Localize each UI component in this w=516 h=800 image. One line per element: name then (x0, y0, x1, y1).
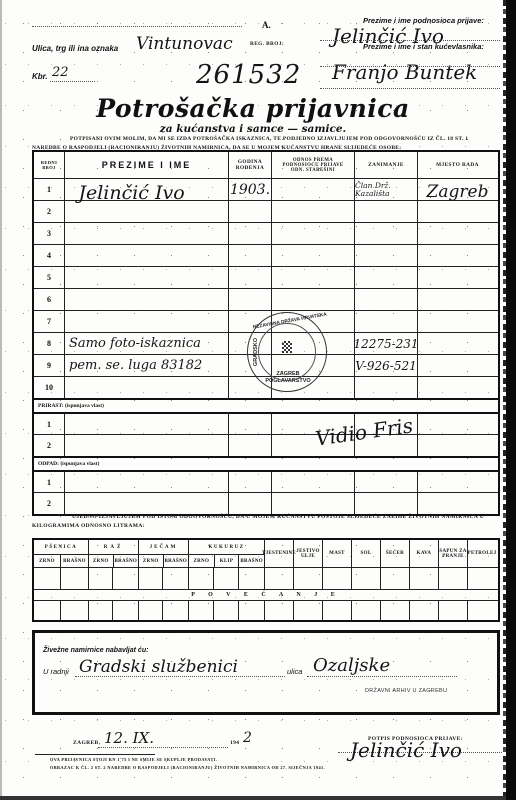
ulica-shop-line (307, 676, 457, 677)
row-number: 6 (34, 289, 64, 310)
occupation-cell[interactable] (354, 472, 417, 492)
group-label: KUKURUZ (189, 540, 264, 554)
archive-stamp: DRŽAVNI ARHIV U ZAGREBU (365, 688, 447, 694)
stock-input[interactable] (112, 601, 138, 620)
footer-divider (35, 754, 155, 755)
name-cell[interactable]: Jelinčić Ivo (64, 179, 228, 200)
stock-intro-line-2: KILOGRAMIMA ODNOSNO LITRAMA: (32, 522, 502, 531)
relation-cell[interactable] (271, 179, 354, 200)
stock-input[interactable] (351, 601, 380, 620)
relation-cell[interactable] (271, 223, 354, 244)
form-letter: A. (262, 20, 271, 30)
intro-line-1: POTPISANI OVIM MOLIM, DA MI SE IZDA POTR… (32, 135, 502, 144)
occupation-cell[interactable] (354, 223, 417, 244)
shop-label: Živežne namirnice nabavljat ću: (43, 647, 148, 654)
table-row: 4 (34, 244, 498, 266)
year-value: 1903. (230, 182, 270, 198)
header-odnos: ODNOS PREMA PODNOSIOCU PRIJAVE ODN. STAR… (271, 152, 354, 178)
table-row: 3 (34, 222, 498, 244)
workplace-cell[interactable] (417, 223, 497, 244)
scan-bottom-edge (0, 796, 506, 800)
ulica-shop-value[interactable]: Ozaljske (313, 655, 390, 676)
row-number: 3 (34, 223, 64, 244)
name-cell[interactable] (64, 311, 228, 332)
table-row: 5 (34, 266, 498, 288)
workplace-cell[interactable] (417, 289, 497, 310)
year-cell[interactable] (228, 472, 271, 492)
group-psenica: PŠENICA ZRNOBRAŠNO (34, 540, 88, 567)
stock-input[interactable] (322, 568, 351, 589)
stock-input[interactable] (264, 568, 293, 589)
header-godina-rodenja: GODINA ROĐENJA (228, 152, 271, 178)
workplace-cell[interactable]: Zagreb (417, 179, 497, 200)
document-page: A. REG. BROJ: Ulica, trg ili ina oznaka … (0, 0, 506, 800)
name-cell[interactable] (64, 493, 228, 514)
header-prezime-ime: PREZIME I IME (64, 152, 228, 178)
name-cell[interactable] (64, 223, 228, 244)
reg-broj-label: REG. BROJ: (250, 41, 284, 47)
stock-input[interactable] (409, 568, 438, 589)
radnji-label: U radnji (43, 667, 69, 676)
table-header-row: REDNI BROJ PREZIME I IME GODINA ROĐENJA … (34, 152, 498, 178)
year-cell[interactable] (228, 223, 271, 244)
year-cell[interactable] (228, 435, 271, 456)
relation-cell[interactable] (271, 245, 354, 266)
stock-input[interactable] (380, 568, 409, 589)
header-sapun: SAPUN ZA PRANJE (438, 540, 467, 567)
applicant-line (320, 40, 500, 41)
group-label: RAŽ (89, 540, 138, 554)
name-cell[interactable] (64, 414, 228, 434)
occupation-cell[interactable] (354, 311, 417, 332)
year-cell[interactable] (228, 493, 271, 514)
odpad-section-header: ODPAD: (ispunjava vlast) (34, 456, 498, 470)
stock-input[interactable] (409, 601, 438, 620)
odpad-row: 1 (34, 470, 498, 492)
sub-label: ZRNO (189, 555, 214, 567)
stock-input[interactable] (438, 601, 467, 620)
stock-input[interactable] (112, 568, 138, 589)
relation-cell[interactable] (271, 267, 354, 288)
workplace-cell[interactable] (417, 311, 497, 332)
stock-input[interactable] (293, 568, 322, 589)
name-cell[interactable] (64, 435, 228, 456)
sub-label: KLIP (214, 555, 239, 567)
header-sol: SOL (351, 540, 380, 567)
row-number: 1 (34, 414, 64, 434)
name-value: pem. se. luga 83182 (65, 358, 202, 373)
stock-input[interactable] (138, 568, 162, 589)
header-redni-broj: REDNI BROJ (34, 152, 64, 178)
header-kava: KAVA (409, 540, 438, 567)
sub-label: ZRNO (34, 555, 60, 567)
name-value: Samo foto-iskaznica (65, 336, 201, 351)
prirast-section-header: PRIRAST: (ispunjava vlast) (34, 398, 498, 412)
year-cell[interactable] (228, 414, 271, 434)
stock-intro-line-1: UJEDNO IZJAVLJUJEM POD ISTOM ODGOVORNOŠĆ… (32, 513, 502, 522)
workplace-cell[interactable] (417, 245, 497, 266)
table-row: 6 (34, 288, 498, 310)
reg-broj-value: 261532 (196, 60, 301, 90)
row-number: 1 (34, 179, 64, 200)
table-row: 1 Jelinčić Ivo 1903. Član Drž. Kazališta… (34, 178, 498, 200)
name-cell[interactable] (64, 472, 228, 492)
group-kukuruz: KUKURUZ ZRNOKLIPBRAŠNO (188, 540, 264, 567)
row-number: 1 (34, 472, 64, 492)
header-tjestenine: TJESTENINE (264, 540, 293, 567)
stamp-bottom-text: ZAGREB POGLAVARSTVO (258, 371, 318, 385)
occupation-cell[interactable]: 12275-231 (354, 333, 417, 354)
stock-input[interactable] (34, 601, 60, 620)
place-label: ZAGREB, (73, 740, 100, 746)
workplace-cell[interactable] (417, 472, 497, 492)
relation-cell[interactable] (271, 472, 354, 492)
form-title: Potrošačka prijavnica (0, 94, 506, 123)
stock-values-row (34, 567, 498, 589)
group-raz: RAŽ ZRNOBRAŠNO (88, 540, 138, 567)
occupation-cell[interactable] (354, 289, 417, 310)
povecanje-label: P O V E Ć A N J E (34, 590, 498, 600)
workplace-cell[interactable] (417, 435, 497, 456)
radnji-value[interactable]: Gradski službenici (79, 657, 238, 677)
relation-cell[interactable] (271, 493, 354, 514)
stock-input[interactable] (380, 601, 409, 620)
header-jestivo-ulje: JESTIVO ULJE (293, 540, 322, 567)
year-cell[interactable] (228, 201, 271, 222)
owner-value: Franjo Buntek (332, 60, 477, 84)
stock-input[interactable] (213, 568, 238, 589)
stock-input[interactable] (60, 601, 88, 620)
year-cell[interactable] (228, 267, 271, 288)
prirast-row: 1 (34, 412, 498, 434)
owner-line-2 (320, 88, 500, 89)
row-number: 10 (34, 377, 64, 398)
occupation-cell[interactable] (354, 267, 417, 288)
sub-label: BRAŠNO (163, 555, 188, 567)
stock-input[interactable] (162, 568, 188, 589)
stock-input[interactable] (188, 601, 213, 620)
stock-input[interactable] (467, 601, 496, 620)
odpad-label: ODPAD: (ispunjava vlast) (34, 458, 498, 470)
header-secer: ŠEĆER (380, 540, 409, 567)
stock-input[interactable] (138, 601, 162, 620)
occupation-value: Član Drž. Kazališta (355, 182, 417, 198)
group-label: PŠENICA (34, 540, 88, 554)
sub-label: BRAŠNO (60, 555, 88, 567)
stock-input[interactable] (188, 568, 213, 589)
header-mjesto-rada: MJESTO RADA (417, 152, 497, 178)
form-subtitle: za kućanstva i samce — samice. (0, 123, 506, 135)
occupation-cell[interactable] (354, 201, 417, 222)
name-cell[interactable]: pem. se. luga 83182 (64, 355, 228, 376)
occupation-cell[interactable] (354, 377, 417, 398)
row-number: 5 (34, 267, 64, 288)
stock-input[interactable] (60, 568, 88, 589)
stock-input[interactable] (238, 601, 264, 620)
footer-note-1: OVA PRIJAVNICA STOJI KN 1'75 I NE SMIJE … (50, 757, 217, 762)
occupation-cell[interactable] (354, 245, 417, 266)
workplace-cell[interactable] (417, 414, 497, 434)
occupation-cell[interactable]: V-926-521 (354, 355, 417, 376)
name-cell[interactable]: Samo foto-iskaznica (64, 333, 228, 354)
row-number: 8 (34, 333, 64, 354)
header-mast: MAST (322, 540, 351, 567)
stock-input[interactable] (88, 568, 112, 589)
stock-input[interactable] (293, 601, 322, 620)
sub-label: BRAŠNO (113, 555, 138, 567)
year-cell[interactable] (228, 289, 271, 310)
odpad-row: 2 (34, 492, 498, 514)
workplace-cell[interactable] (417, 493, 497, 514)
prirast-row: 2 (34, 434, 498, 456)
year-cell[interactable] (228, 245, 271, 266)
row-number: 2 (34, 435, 64, 456)
name-cell[interactable] (64, 201, 228, 222)
stock-input[interactable] (238, 568, 264, 589)
kbr-value: 22 (52, 65, 69, 80)
workplace-cell[interactable] (417, 201, 497, 222)
header-zanimanje: ZANIMANJE (354, 152, 417, 178)
stock-input[interactable] (351, 568, 380, 589)
workplace-value: Zagreb (427, 182, 489, 202)
stock-declaration: UJEDNO IZJAVLJUJEM POD ISTOM ODGOVORNOŠĆ… (32, 513, 502, 531)
ulica-shop-label: ulica (287, 667, 302, 676)
stock-input[interactable] (213, 601, 238, 620)
stock-input[interactable] (322, 601, 351, 620)
stock-input[interactable] (264, 601, 293, 620)
row-number: 7 (34, 311, 64, 332)
header-petrolej: PETROLEJ (467, 540, 496, 567)
year-cell[interactable]: 1903. (228, 179, 271, 200)
signature-value[interactable]: Jelinčić Ivo (350, 738, 462, 762)
footer-note-2: OBRAZAC K ČL. 2 ST. 2 NAREDBE O RASPODJE… (50, 765, 325, 770)
group-label: JEČAM (139, 540, 188, 554)
stock-input[interactable] (467, 568, 496, 589)
kbr-label: Kbr. (32, 72, 48, 81)
povecanje-values-row (34, 600, 498, 620)
workplace-cell[interactable] (417, 333, 497, 354)
stamp-left-text: GRADSKO (253, 338, 259, 366)
stock-input[interactable] (162, 601, 188, 620)
date-line (98, 747, 228, 748)
workplace-cell[interactable] (417, 355, 497, 376)
top-dotted-line (32, 26, 242, 27)
shop-selection-box: Živežne namirnice nabavljat ću: U radnji… (32, 630, 500, 715)
relation-cell[interactable] (271, 289, 354, 310)
coat-of-arms-icon (282, 341, 292, 353)
relation-cell[interactable] (271, 201, 354, 222)
owner-label: Prezime i ime i stan kućevlasnika: (363, 42, 484, 51)
food-stock-table: PŠENICA ZRNOBRAŠNO RAŽ ZRNOBRAŠNO JEČAM … (32, 538, 500, 622)
occupation-value: V-926-521 (355, 359, 416, 373)
sub-label: ZRNO (139, 555, 163, 567)
official-stamp: NEZAVISNA DRŽAVA HRVATSKA GRADSKO ZAGREB… (247, 312, 327, 392)
ulica-value: Vintunovac (136, 34, 233, 54)
stock-header: PŠENICA ZRNOBRAŠNO RAŽ ZRNOBRAŠNO JEČAM … (34, 540, 498, 567)
sub-label: ZRNO (89, 555, 113, 567)
date-value[interactable]: 12. IX. (104, 729, 154, 747)
povecanje-row: P O V E Ć A N J E (34, 589, 498, 600)
stock-input[interactable] (34, 568, 60, 589)
scan-right-edge (506, 0, 516, 800)
kbr-line (50, 81, 95, 82)
row-number: 9 (34, 355, 64, 376)
occupation-cell[interactable]: Član Drž. Kazališta (354, 179, 417, 200)
owner-line-1 (320, 66, 500, 67)
row-number: 4 (34, 245, 64, 266)
row-number: 2 (34, 493, 64, 514)
name-cell[interactable] (64, 289, 228, 310)
table-row: 2 (34, 200, 498, 222)
scan-left-edge (0, 0, 2, 800)
occupation-cell[interactable] (354, 493, 417, 514)
name-cell[interactable] (64, 267, 228, 288)
stock-input[interactable] (438, 568, 467, 589)
name-cell[interactable] (64, 245, 228, 266)
ulica-label: Ulica, trg ili ina oznaka (32, 44, 118, 53)
prirast-label: PRIRAST: (ispunjava vlast) (34, 400, 498, 412)
name-cell[interactable] (64, 377, 228, 398)
workplace-cell[interactable] (417, 377, 497, 398)
row-number: 2 (34, 201, 64, 222)
occupation-value: 12275-231 (353, 337, 418, 351)
workplace-cell[interactable] (417, 267, 497, 288)
year-suffix[interactable]: 2 (243, 730, 252, 746)
stock-input[interactable] (88, 601, 112, 620)
year-prefix: 194 (230, 740, 239, 746)
sub-label: BRAŠNO (238, 555, 264, 567)
group-jecam: JEČAM ZRNOBRAŠNO (138, 540, 188, 567)
